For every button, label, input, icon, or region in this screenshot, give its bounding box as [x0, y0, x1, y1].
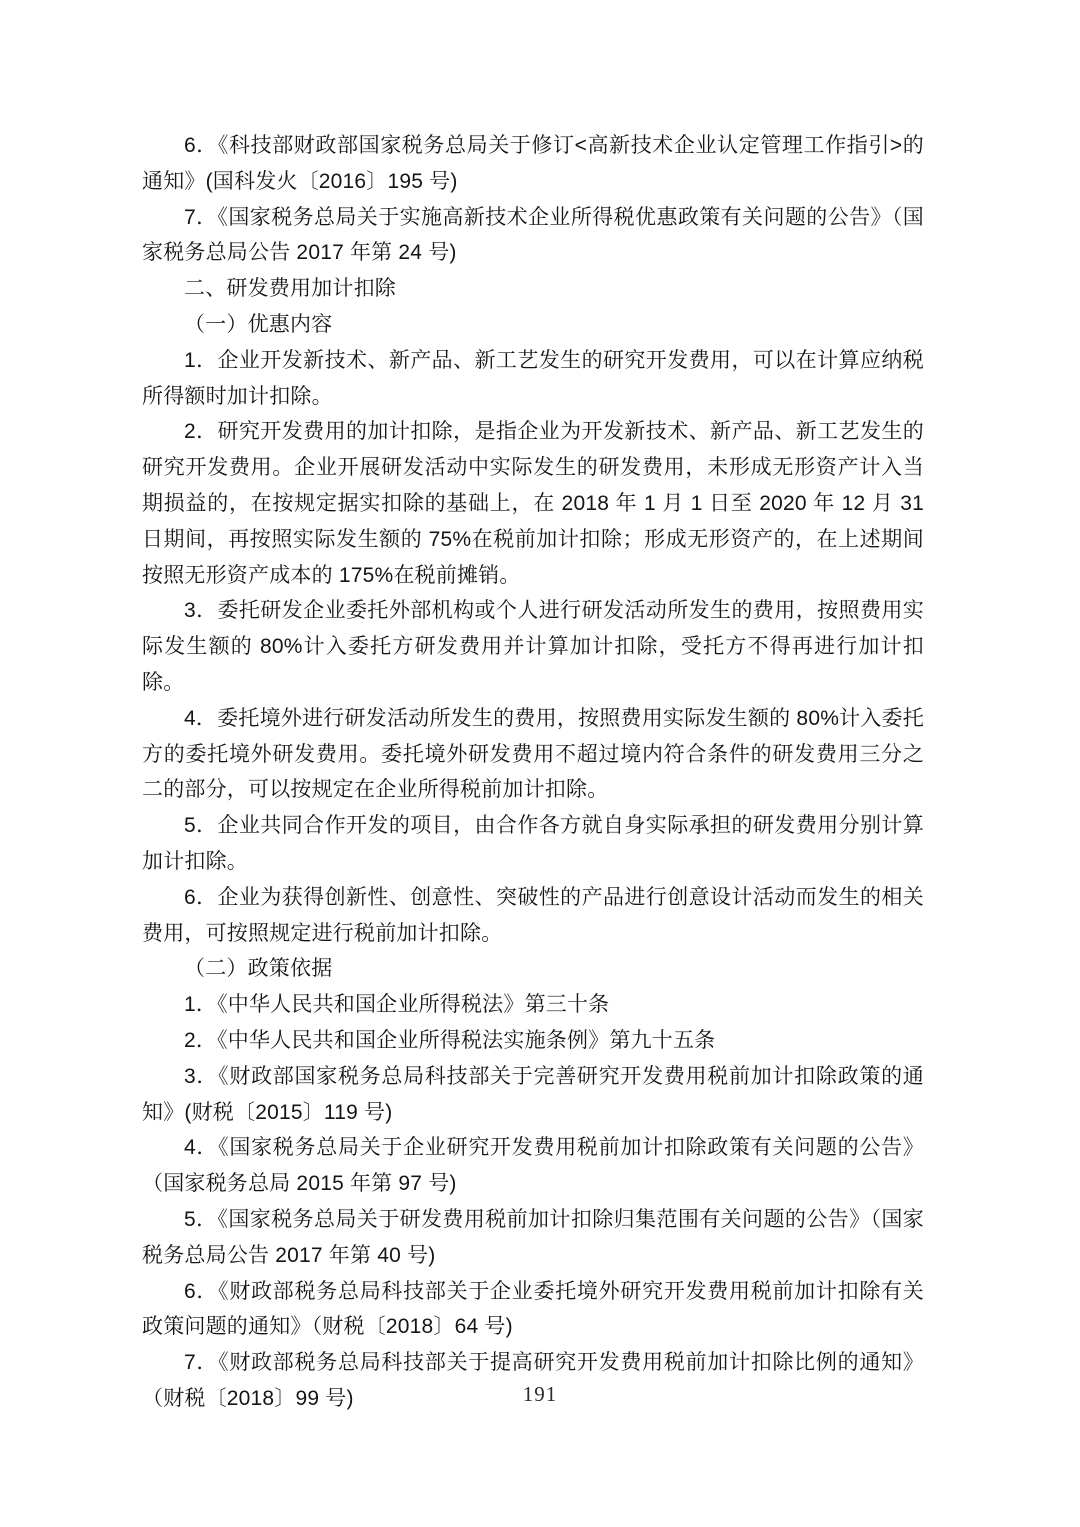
paragraph: 3．委托研发企业委托外部机构或个人进行研发活动所发生的费用，按照费用实际发生额的…	[142, 593, 924, 700]
paragraph: （二）政策依据	[142, 951, 924, 987]
document-body: 6．《科技部财政部国家税务总局关于修订<高新技术企业认定管理工作指引>的通知》(…	[142, 128, 924, 1417]
document-page: 6．《科技部财政部国家税务总局关于修订<高新技术企业认定管理工作指引>的通知》(…	[0, 0, 1080, 1527]
paragraph: 7．《国家税务总局关于实施高新技术企业所得税优惠政策有关问题的公告》（国家税务总…	[142, 200, 924, 272]
paragraph: 6．《科技部财政部国家税务总局关于修订<高新技术企业认定管理工作指引>的通知》(…	[142, 128, 924, 200]
paragraph: 4．《国家税务总局关于企业研究开发费用税前加计扣除政策有关问题的公告》（国家税务…	[142, 1130, 924, 1202]
paragraph: 1．《中华人民共和国企业所得税法》第三十条	[142, 987, 924, 1023]
paragraph: 6．《财政部税务总局科技部关于企业委托境外研究开发费用税前加计扣除有关政策问题的…	[142, 1274, 924, 1346]
paragraph: 5．企业共同合作开发的项目，由合作各方就自身实际承担的研发费用分别计算加计扣除。	[142, 808, 924, 880]
paragraph: 二、研发费用加计扣除	[142, 271, 924, 307]
page-number: 191	[0, 1382, 1080, 1407]
paragraph: 2．研究开发费用的加计扣除，是指企业为开发新技术、新产品、新工艺发生的研究开发费…	[142, 414, 924, 593]
paragraph: 5．《国家税务总局关于研发费用税前加计扣除归集范围有关问题的公告》（国家税务总局…	[142, 1202, 924, 1274]
paragraph: 1．企业开发新技术、新产品、新工艺发生的研究开发费用，可以在计算应纳税所得额时加…	[142, 343, 924, 415]
paragraph: 6．企业为获得创新性、创意性、突破性的产品进行创意设计活动而发生的相关费用，可按…	[142, 880, 924, 952]
paragraph: 4．委托境外进行研发活动所发生的费用，按照费用实际发生额的 80%计入委托方的委…	[142, 701, 924, 808]
paragraph: 3．《财政部国家税务总局科技部关于完善研究开发费用税前加计扣除政策的通知》(财税…	[142, 1059, 924, 1131]
paragraph: 2．《中华人民共和国企业所得税法实施条例》第九十五条	[142, 1023, 924, 1059]
paragraph: （一）优惠内容	[142, 307, 924, 343]
